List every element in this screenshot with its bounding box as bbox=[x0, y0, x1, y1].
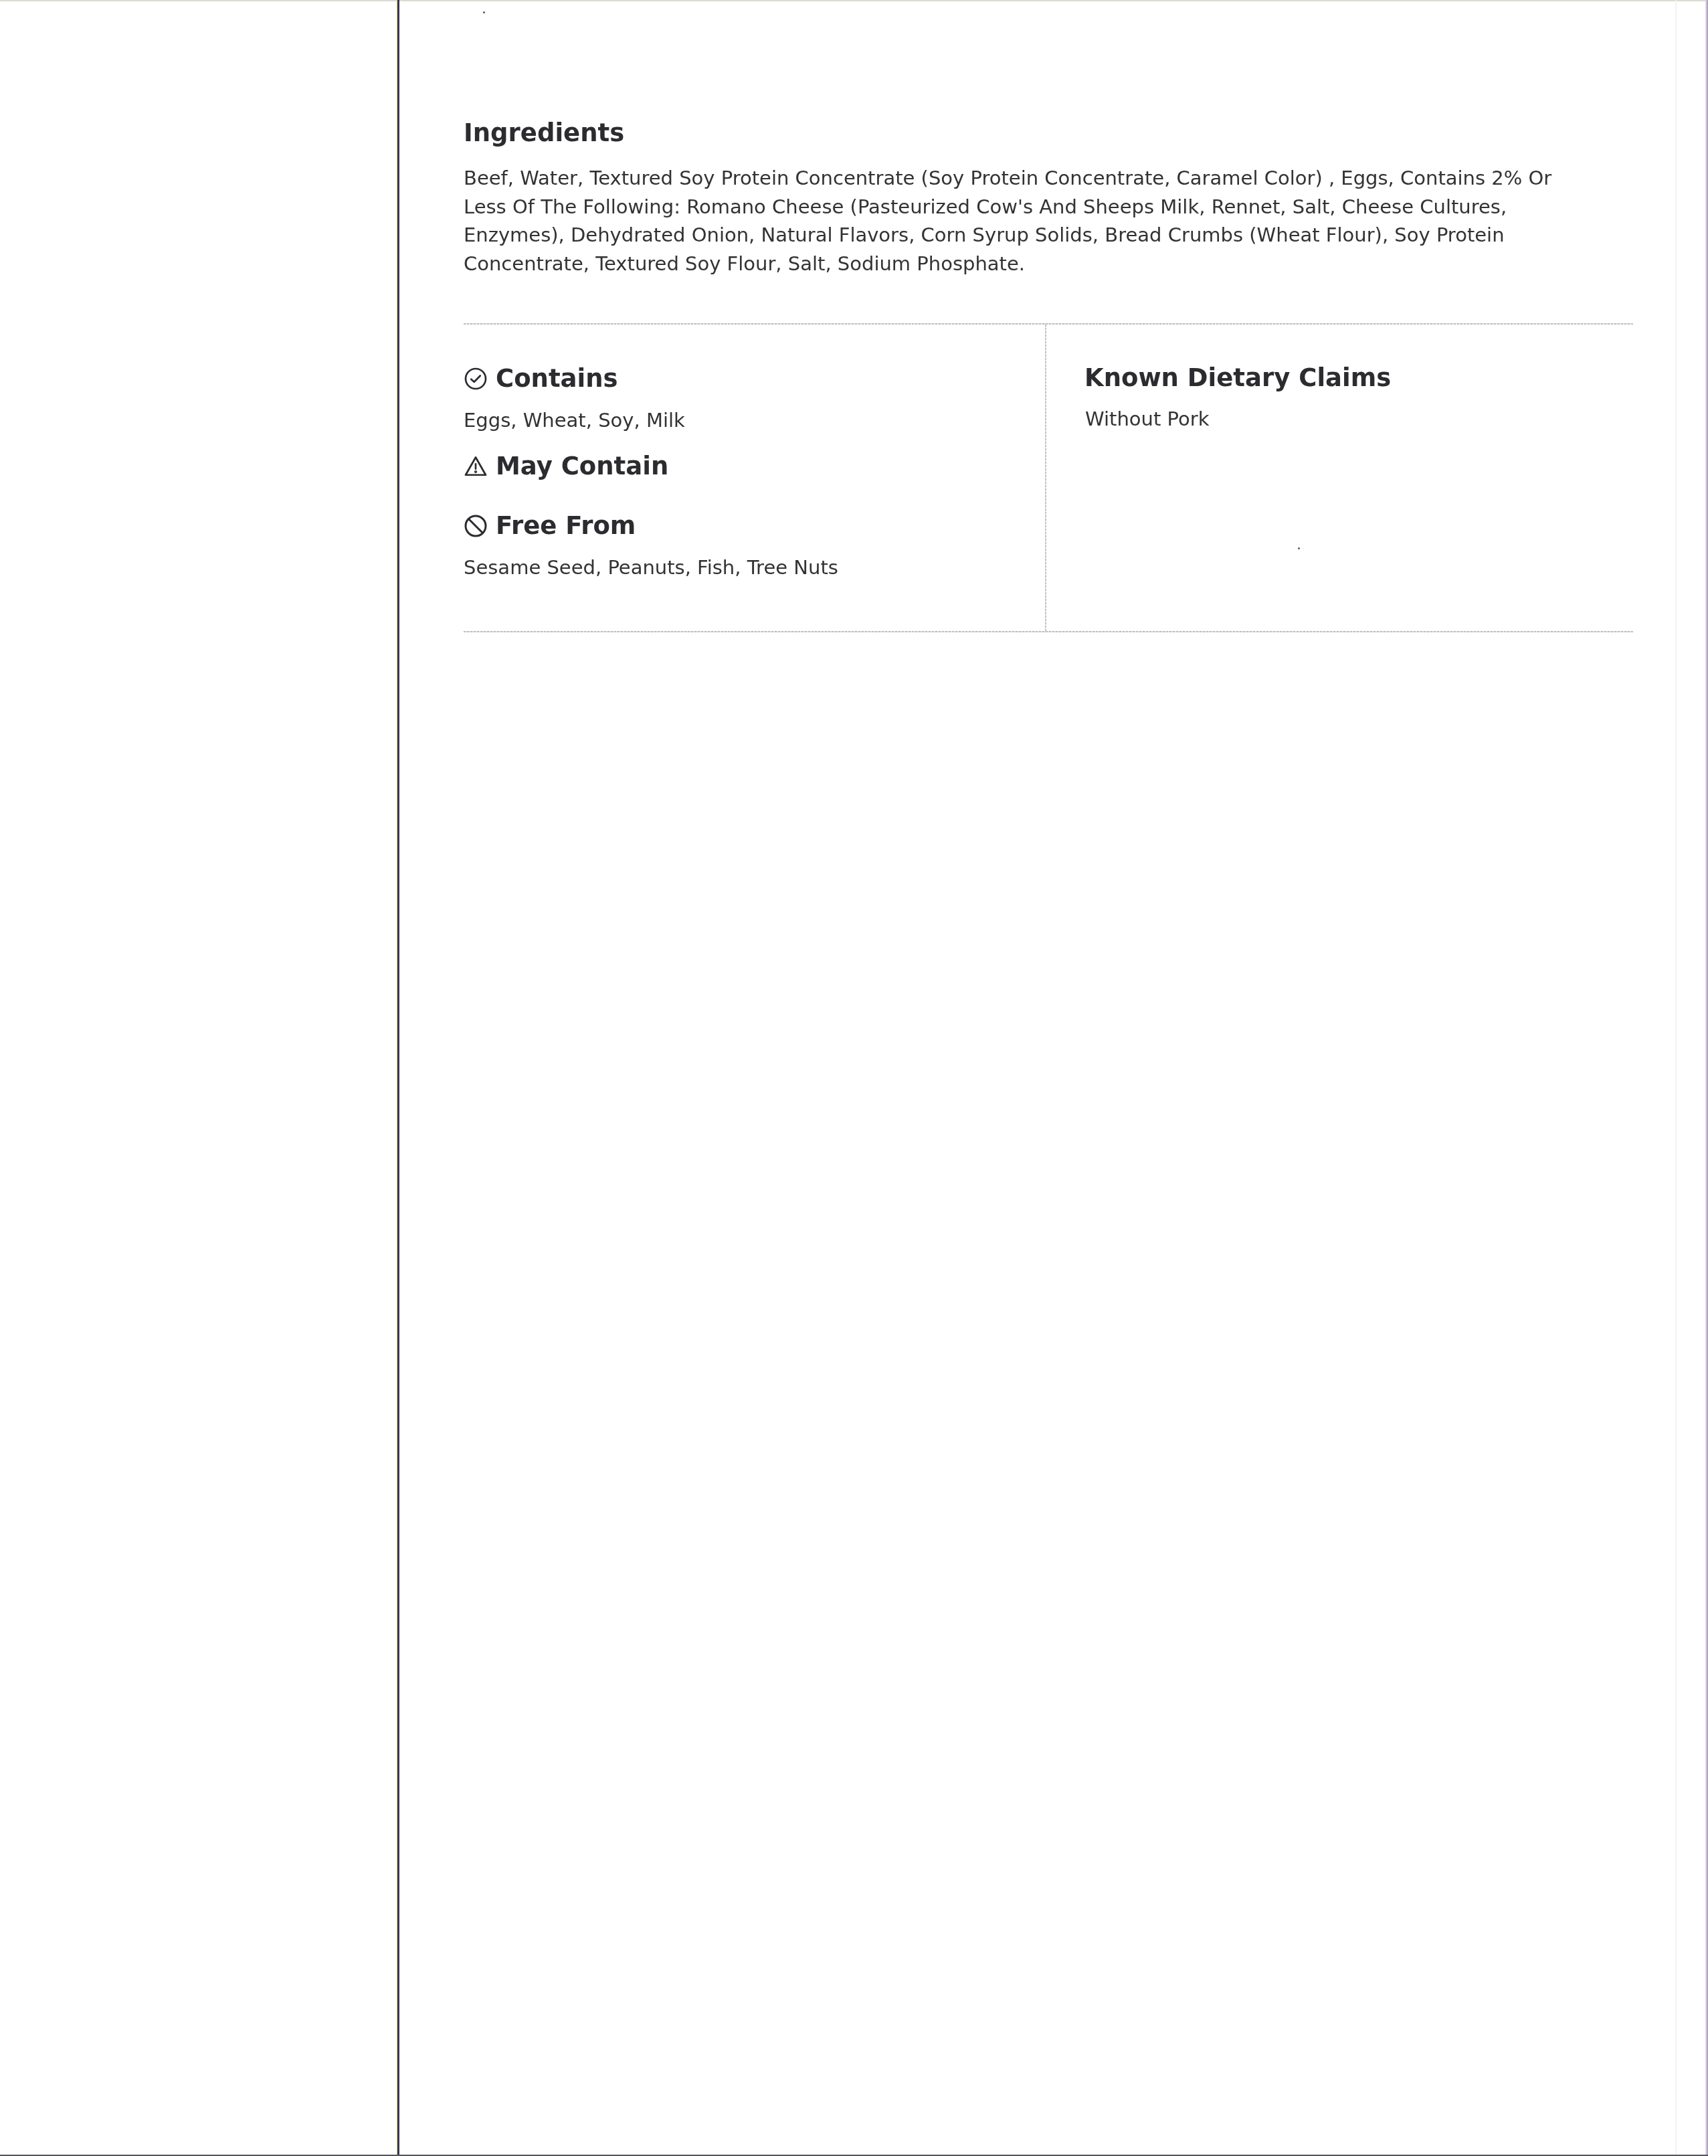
circle-check-icon bbox=[464, 367, 488, 391]
table-top-divider bbox=[464, 323, 1633, 325]
column-divider bbox=[1045, 325, 1046, 632]
may-contain-heading: May Contain bbox=[464, 454, 668, 478]
contains-heading-label: Contains bbox=[496, 366, 618, 391]
dietary-claims-heading: Known Dietary Claims bbox=[1084, 365, 1391, 390]
contains-list: Eggs, Wheat, Soy, Milk bbox=[464, 411, 685, 430]
prohibited-circle-icon bbox=[464, 514, 488, 538]
ingredients-heading: Ingredients bbox=[464, 120, 624, 145]
scan-speck bbox=[483, 11, 485, 13]
page-left-edge-line bbox=[397, 0, 399, 2156]
free-from-heading: Free From bbox=[464, 513, 636, 538]
page-right-faint-line bbox=[1675, 0, 1677, 2156]
scan-speck bbox=[1298, 547, 1300, 549]
ingredients-text: Beef, Water, Textured Soy Protein Concen… bbox=[464, 164, 1561, 278]
free-from-heading-label: Free From bbox=[496, 513, 636, 538]
dietary-claims-list: Without Pork bbox=[1085, 410, 1209, 429]
table-bottom-divider bbox=[464, 631, 1633, 632]
may-contain-heading-label: May Contain bbox=[496, 454, 668, 478]
free-from-list: Sesame Seed, Peanuts, Fish, Tree Nuts bbox=[464, 558, 838, 577]
warning-triangle-icon bbox=[464, 454, 488, 478]
page-top-edge bbox=[0, 0, 1708, 1]
page-right-edge bbox=[1705, 0, 1708, 2156]
contains-heading: Contains bbox=[464, 366, 618, 391]
